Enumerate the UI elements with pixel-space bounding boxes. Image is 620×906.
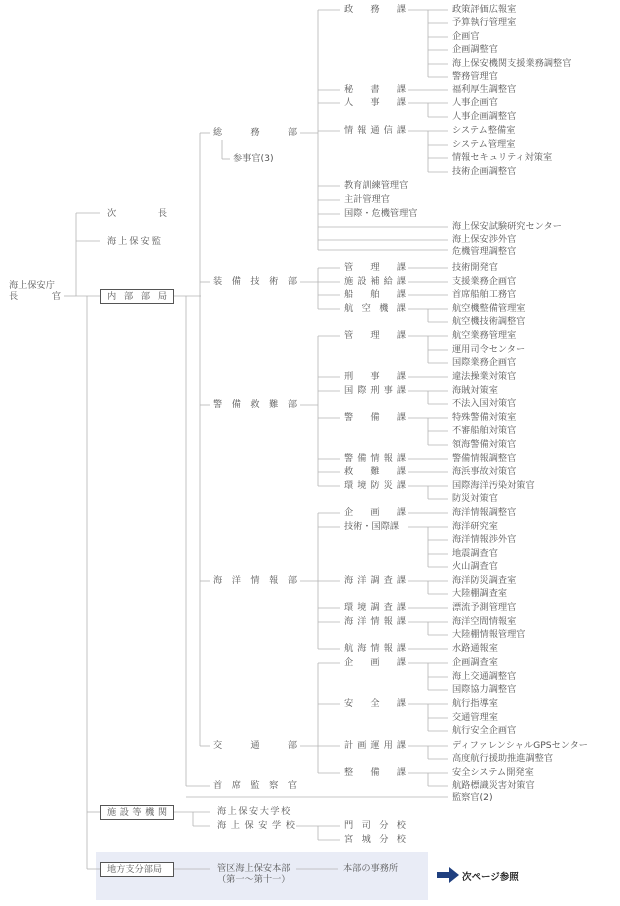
div-secretariat: 秘書課 — [343, 84, 407, 95]
unit: 首席船舶工務官 — [451, 289, 517, 300]
unit: 高度航行援助推進調整官 — [451, 753, 554, 764]
div-personnel: 人事課 — [343, 97, 407, 108]
unit: 航路標識災害対策官 — [451, 780, 536, 791]
unit: 運用司令センター — [451, 344, 526, 355]
div: 整備課 — [343, 767, 407, 778]
commandant-title-a: 長 — [9, 291, 18, 302]
arrow-right-icon — [437, 867, 459, 883]
div: 管理課 — [343, 262, 407, 273]
vice-commandant: 次長 — [106, 208, 168, 219]
unit: 海浜事故対策官 — [451, 466, 517, 477]
div: 救難課 — [343, 466, 407, 477]
unit: 地震調査官 — [451, 548, 499, 559]
div: 刑事課 — [343, 371, 407, 382]
unit: 火山調査官 — [451, 561, 499, 572]
unit: 防災対策官 — [451, 493, 499, 504]
unit: 国際協力調整官 — [451, 684, 517, 695]
dept-general-affairs: 総務部 — [212, 127, 298, 138]
div-policy: 政務課 — [343, 4, 407, 15]
div-info-comm: 情報通信課 — [343, 125, 407, 136]
unit: 海洋空間情報室 — [451, 616, 517, 627]
div: 管理課 — [343, 330, 407, 341]
div: 計画運用課 — [343, 740, 407, 751]
unit: 安全システム開発室 — [451, 767, 535, 778]
branch-miyagi: 宮城分校 — [343, 834, 407, 845]
dept-maritime-traffic: 交通部 — [212, 740, 298, 751]
unit: システム管理室 — [451, 139, 516, 150]
unit: 海洋研究室 — [451, 521, 499, 532]
unit: 航行安全企画官 — [451, 725, 517, 736]
unit: 国際海洋汚染対策官 — [451, 480, 536, 491]
regional-bureaus-box: 地方支分部局 — [100, 862, 174, 877]
unit: 企画官 — [451, 31, 481, 42]
unit: 国際業務企画官 — [451, 357, 517, 368]
unit: 海上保安試験研究センター — [451, 221, 563, 232]
unit: システム整備室 — [451, 125, 516, 136]
unit: 技術開発官 — [451, 262, 499, 273]
chief-inspector: 首席監察官 — [212, 780, 298, 791]
coast-guard-school: 海上保安学校 — [216, 820, 296, 831]
facilities-box: 施設等機関 — [100, 805, 174, 820]
deputy-commandant: 海上保安監 — [106, 236, 164, 247]
see-next-page-link[interactable]: 次ページ参照 — [462, 869, 519, 883]
unit: 違法操業対策官 — [451, 371, 517, 382]
unit: 海洋情報渉外官 — [451, 534, 517, 545]
unit: 福利厚生調整官 — [451, 84, 517, 95]
dept-guard-rescue: 警備救難部 — [212, 399, 298, 410]
dept-equipment-technology: 装備技術部 — [212, 276, 298, 287]
div: 海洋情報課 — [343, 616, 407, 627]
commandant-title: 長官 — [9, 291, 61, 302]
commandant-label: 海上保安庁 長官 — [8, 280, 62, 302]
unit: 特殊警備対策室 — [451, 412, 517, 423]
unit: 漂流予測管理官 — [451, 602, 517, 613]
unit: 海上保安渉外官 — [451, 234, 517, 245]
unit: 航空業務管理室 — [451, 330, 517, 341]
unit: 水路通報室 — [451, 643, 499, 654]
div: 国際刑事課 — [343, 385, 407, 396]
div: 航海情報課 — [343, 643, 407, 654]
unit: 交通管理室 — [451, 712, 499, 723]
unit: 航空機整備管理室 — [451, 303, 527, 314]
unit: 海上保安機関支援業務調整官 — [451, 58, 572, 69]
unit: 予算執行管理室 — [451, 17, 517, 28]
unit: 人事企画調整官 — [451, 111, 517, 122]
div: 海洋調査課 — [343, 575, 407, 586]
unit: 領海警備対策官 — [451, 439, 517, 450]
unit: 不法入国対策官 — [451, 398, 517, 409]
staff-budget: 主計管理官 — [343, 194, 391, 205]
unit: 企画調査室 — [451, 657, 499, 668]
regional-hq-name: 管区海上保安本部 — [217, 863, 291, 874]
hq-offices: 本部の事務所 — [342, 863, 399, 874]
unit: 大陸棚調査室 — [451, 588, 508, 599]
div: 環境調査課 — [343, 602, 407, 613]
unit: 支援業務企画官 — [451, 276, 517, 287]
unit: 人事企画官 — [451, 97, 499, 108]
unit: 航行指導室 — [451, 698, 499, 709]
staff-education: 教育訓練管理官 — [343, 180, 409, 191]
unit: 海洋情報調整官 — [451, 507, 517, 518]
div: 航空機課 — [343, 303, 407, 314]
unit: 警務管理官 — [451, 71, 499, 82]
div: 企画課 — [343, 507, 407, 518]
div: 環境防災課 — [343, 480, 407, 491]
unit: 大陸棚情報管理官 — [451, 629, 527, 640]
unit: 航空機技術調整官 — [451, 316, 527, 327]
counselor-note: 参事官(3) — [232, 153, 275, 164]
div: 船舶課 — [343, 289, 407, 300]
commandant-org: 海上保安庁 — [9, 280, 61, 291]
unit: ディファレンシャルGPSセンター — [451, 740, 589, 751]
unit: 海上交通調整官 — [451, 671, 517, 682]
unit: 危機管理調整官 — [451, 246, 517, 257]
unit: 警備情報調整官 — [451, 453, 517, 464]
staff-crisis: 国際・危機管理官 — [343, 208, 419, 219]
unit: 不審船舶対策官 — [451, 425, 517, 436]
div: 警備課 — [343, 412, 407, 423]
dept-hydrographic: 海洋情報部 — [212, 575, 298, 586]
div: 警備情報課 — [343, 453, 407, 464]
branch-moji: 門司分校 — [343, 820, 407, 831]
div: 技術・国際課 — [343, 521, 400, 532]
unit: 情報セキュリティ対策室 — [451, 152, 553, 163]
unit: 海賊対策室 — [451, 385, 499, 396]
div: 安全課 — [343, 698, 407, 709]
regional-hq-range: （第一～第十一） — [217, 874, 291, 885]
unit: 企画調整官 — [451, 44, 499, 55]
coast-guard-academy: 海上保安大学校 — [216, 806, 293, 817]
regional-hq: 管区海上保安本部 （第一～第十一） — [216, 863, 292, 885]
unit: 技術企画調整官 — [451, 166, 517, 177]
commandant-title-b: 官 — [52, 291, 61, 302]
unit-inspectors: 監察官(2) — [451, 792, 494, 803]
unit: 政策評価広報室 — [451, 4, 517, 15]
unit: 海洋防災調査室 — [451, 575, 517, 586]
div: 施設補給課 — [343, 276, 407, 287]
div: 企画課 — [343, 657, 407, 668]
internal-bureaus-box: 内部部局 — [100, 289, 174, 304]
